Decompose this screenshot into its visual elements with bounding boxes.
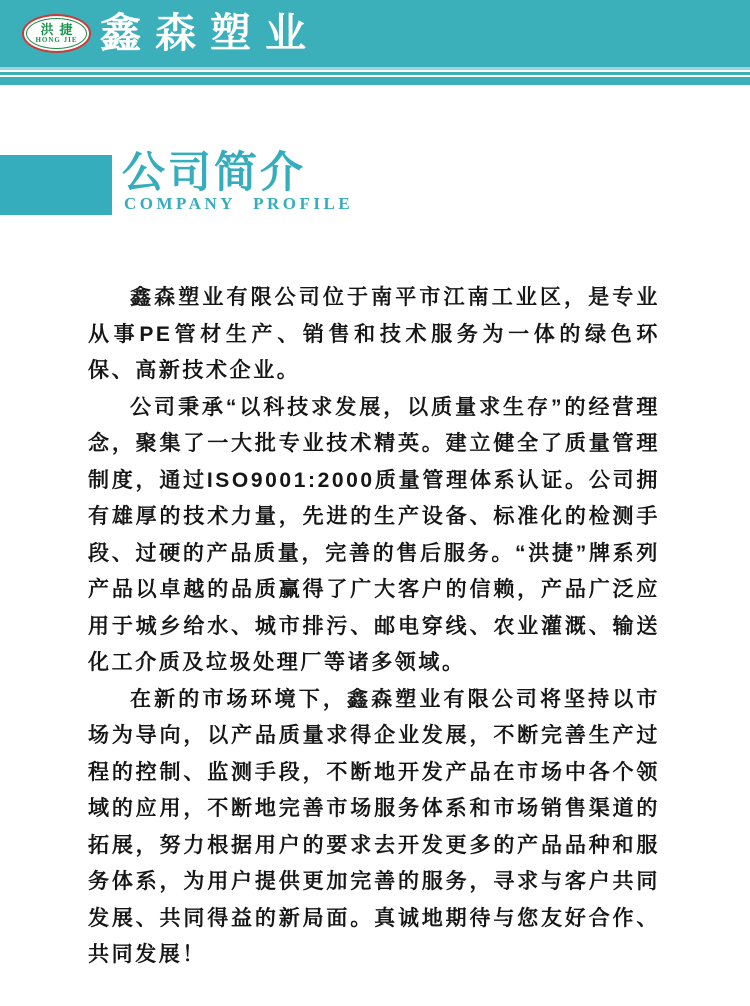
logo-text-en: HONG JIE — [35, 36, 77, 45]
header-divider-stripe — [0, 77, 750, 85]
paragraph-2: 公司秉承“以科技求发展，以质量求生存”的经营理念，聚集了一大批专业技术精英。建立… — [88, 390, 660, 682]
hongjie-logo-icon: 洪捷 HONG JIE — [22, 14, 91, 53]
section-title-block — [0, 155, 112, 215]
paragraph-3: 在新的市场环境下，鑫森塑业有限公司将坚持以市场为导向，以产品质量求得企业发展，不… — [88, 682, 660, 974]
header-band: 洪捷 HONG JIE 鑫森塑业 — [0, 0, 750, 67]
brochure-page: 洪捷 HONG JIE 鑫森塑业 公司简介 COMPANY PROFILE 鑫森… — [0, 0, 750, 1006]
section-subtitle: COMPANY PROFILE — [124, 194, 353, 214]
paragraph-1: 鑫森塑业有限公司位于南平市江南工业区，是专业从事PE管材生产、销售和技术服务为一… — [88, 280, 660, 390]
hongjie-logo-inner-ring: 洪捷 HONG JIE — [26, 18, 87, 49]
brand-title: 鑫森塑业 — [100, 9, 320, 57]
company-profile-text: 鑫森塑业有限公司位于南平市江南工业区，是专业从事PE管材生产、销售和技术服务为一… — [88, 280, 660, 974]
section-title: 公司简介 — [122, 148, 306, 198]
logo-text-cn: 洪捷 — [34, 23, 78, 36]
